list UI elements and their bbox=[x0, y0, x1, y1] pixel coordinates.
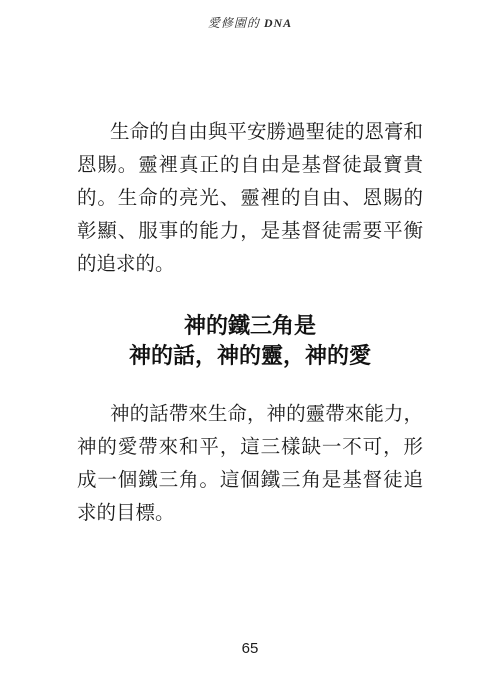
running-header-title-cjk: 愛修園的 bbox=[208, 16, 260, 30]
page-number: 65 bbox=[0, 640, 500, 657]
section-heading: 神的鐵三角是 神的話，神的靈，神的愛 bbox=[0, 311, 500, 371]
paragraph-block-1: 生命的自由與平安勝過聖徒的恩膏和恩賜。靈裡真正的自由是基督徒最寶貴的。生命的亮光… bbox=[77, 116, 423, 281]
running-header: 愛修園的 DNA bbox=[0, 14, 500, 31]
paragraph-2-text: 神的話帶來生命，神的靈帶來能力，神的愛帶來和平，這三樣缺一不可，形成一個鐵三角。… bbox=[77, 398, 423, 530]
section-heading-line-1: 神的鐵三角是 bbox=[0, 311, 500, 341]
section-heading-line-2: 神的話，神的靈，神的愛 bbox=[0, 341, 500, 371]
paragraph-block-2: 神的話帶來生命，神的靈帶來能力，神的愛帶來和平，這三樣缺一不可，形成一個鐵三角。… bbox=[77, 398, 423, 530]
paragraph-1-text: 生命的自由與平安勝過聖徒的恩膏和恩賜。靈裡真正的自由是基督徒最寶貴的。生命的亮光… bbox=[77, 116, 423, 281]
running-header-title-latin: DNA bbox=[264, 16, 292, 30]
book-page: 愛修園的 DNA 生命的自由與平安勝過聖徒的恩膏和恩賜。靈裡真正的自由是基督徒最… bbox=[0, 0, 500, 700]
